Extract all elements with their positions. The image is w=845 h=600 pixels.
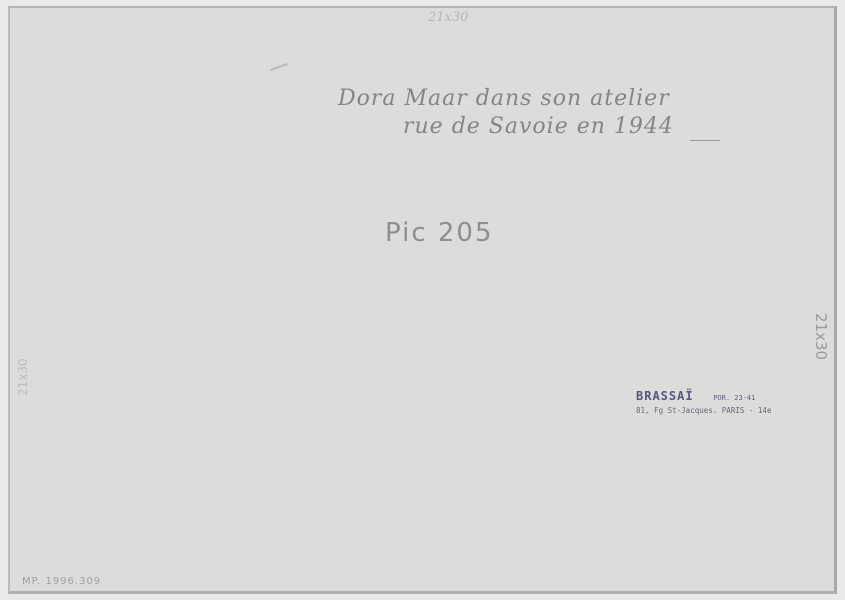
caption-line-2: rue de Savoie en 1944 xyxy=(403,114,674,139)
reference-number: Pic 205 xyxy=(385,218,494,248)
format-note-right: 21x30 xyxy=(812,313,830,360)
caption-line-1: Dora Maar dans son atelier xyxy=(338,86,670,111)
inventory-number: MP. 1996.309 xyxy=(22,576,101,587)
format-note-left: 21x30 xyxy=(16,358,30,396)
stamp-address: 81, Fg St-Jacques. PARIS - 14e xyxy=(636,406,771,415)
caption-underline xyxy=(690,140,720,141)
photographer-stamp: BRASSAÏ POR. 23-41 81, Fg St-Jacques. PA… xyxy=(636,385,771,415)
format-note-top: 21x30 xyxy=(428,10,468,25)
stamp-name: BRASSAÏ xyxy=(636,389,694,403)
stamp-phone: POR. 23-41 xyxy=(713,394,755,402)
